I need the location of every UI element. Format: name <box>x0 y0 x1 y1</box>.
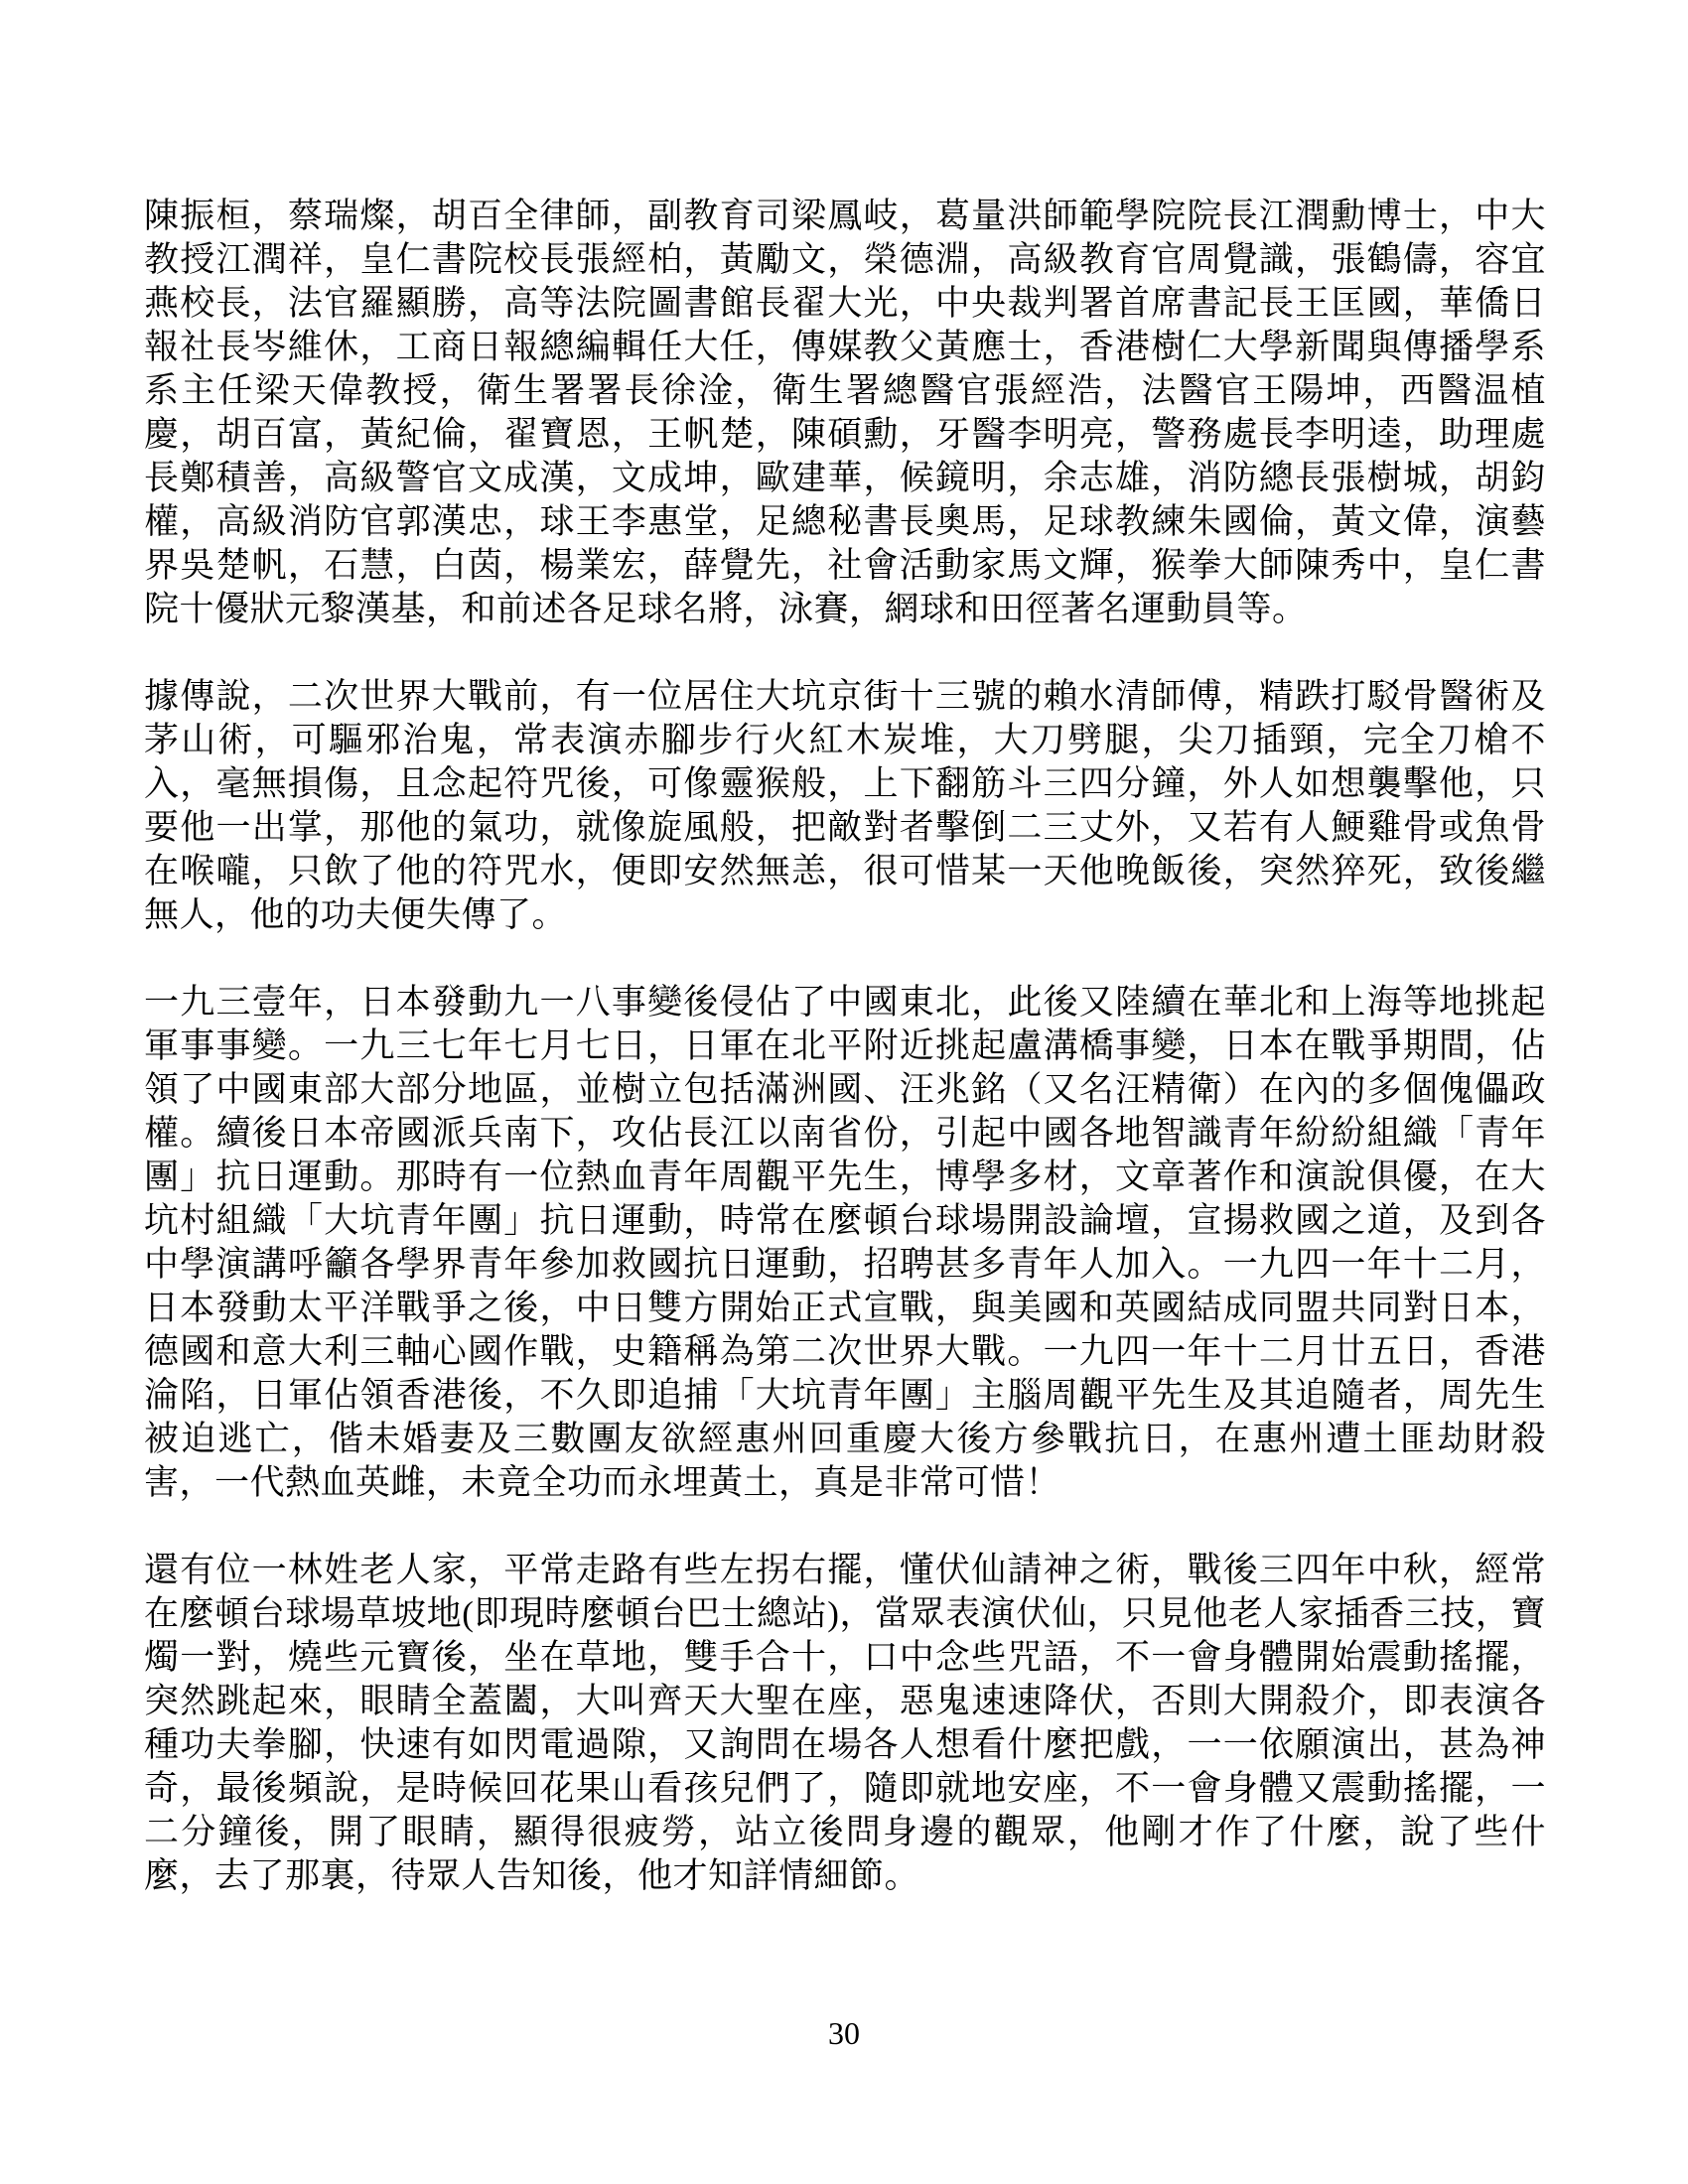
document-body: 陳振桓，蔡瑞燦，胡百全律師，副教育司梁鳳岐，葛量洪師範學院院長江潤勳博士，中大教… <box>144 195 1546 1942</box>
page-number: 30 <box>828 2015 860 2051</box>
document-page: 陳振桓，蔡瑞燦，胡百全律師，副教育司梁鳳岐，葛量洪師範學院院長江潤勳博士，中大教… <box>0 0 1688 2184</box>
paragraph-lai-shui-ching-legend: 據傳說，二次世界大戰前，有一位居住大坑京街十三號的賴水清師傅，精跌打駁骨醫術及茅… <box>144 675 1546 937</box>
page-footer: 30 <box>0 2013 1688 2053</box>
paragraph-wartime-youth-corps: 一九三壹年，日本發動九一八事變後侵佔了中國東北，此後又陸續在華北和上海等地挑起軍… <box>144 981 1546 1505</box>
paragraph-notable-people-list: 陳振桓，蔡瑞燦，胡百全律師，副教育司梁鳳岐，葛量洪師範學院院長江潤勳博士，中大教… <box>144 195 1546 631</box>
paragraph-lam-elder-spirit-performance: 還有位一林姓老人家，平常走路有些左拐右擺，懂伏仙請神之術，戰後三四年中秋，經常在… <box>144 1549 1546 1898</box>
